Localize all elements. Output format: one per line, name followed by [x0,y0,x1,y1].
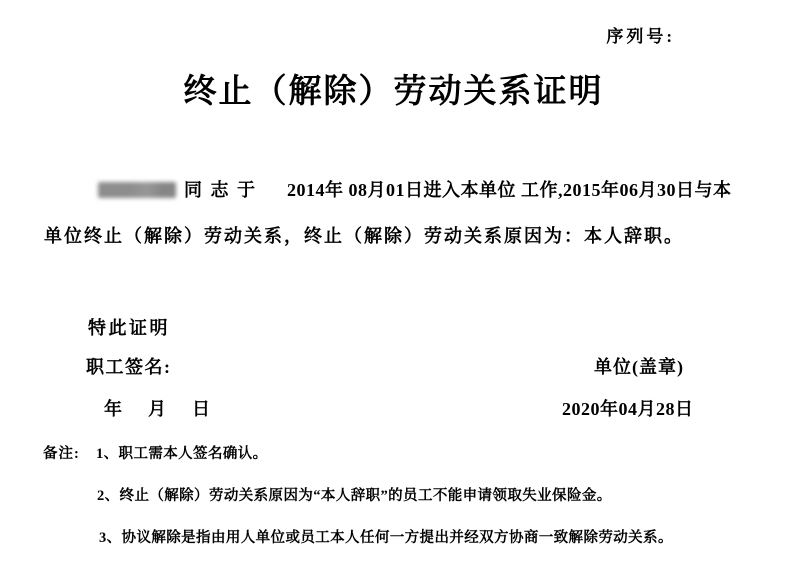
remark-item-3: 3、协议解除是指由用人单位或员工本人任何一方提出并经双方协商一致解除劳动关系。 [99,530,673,547]
remark-item-1: 1、职工需本人签名确认。 [96,446,268,463]
employment-dates-text: 2014年 08月01日进入本单位 工作,2015年06月30日与本 [287,180,732,200]
redacted-employee-name [98,182,176,198]
body-line-1: 同 志 于2014年 08月01日进入本单位 工作,2015年06月30日与本 [98,180,732,201]
serial-number-label: 序列号: [606,27,675,47]
remarks-label: 备注: [43,446,80,463]
body-line-2: 单位终止（解除）劳动关系，终止（解除）劳动关系原因为：本人辞职。 [44,226,684,247]
remark-item-2: 2、终止（解除）劳动关系原因为“本人辞职”的员工不能申请领取失业保险金。 [97,488,612,505]
employee-signature-label: 职工签名: [86,357,172,378]
termination-certificate-document: 序列号: 终止（解除）劳动关系证明 同 志 于2014年 08月01日进入本单位… [0,0,787,587]
certify-statement: 特此证明 [88,318,170,339]
unit-signature-date: 2020年04月28日 [562,399,694,420]
employee-date-blank: 年 月 日 [104,399,214,420]
document-title: 终止（解除）劳动关系证明 [0,74,787,112]
comrade-prefix-text: 同 志 于 [184,180,257,200]
unit-seal-label: 单位(盖章) [594,357,684,378]
